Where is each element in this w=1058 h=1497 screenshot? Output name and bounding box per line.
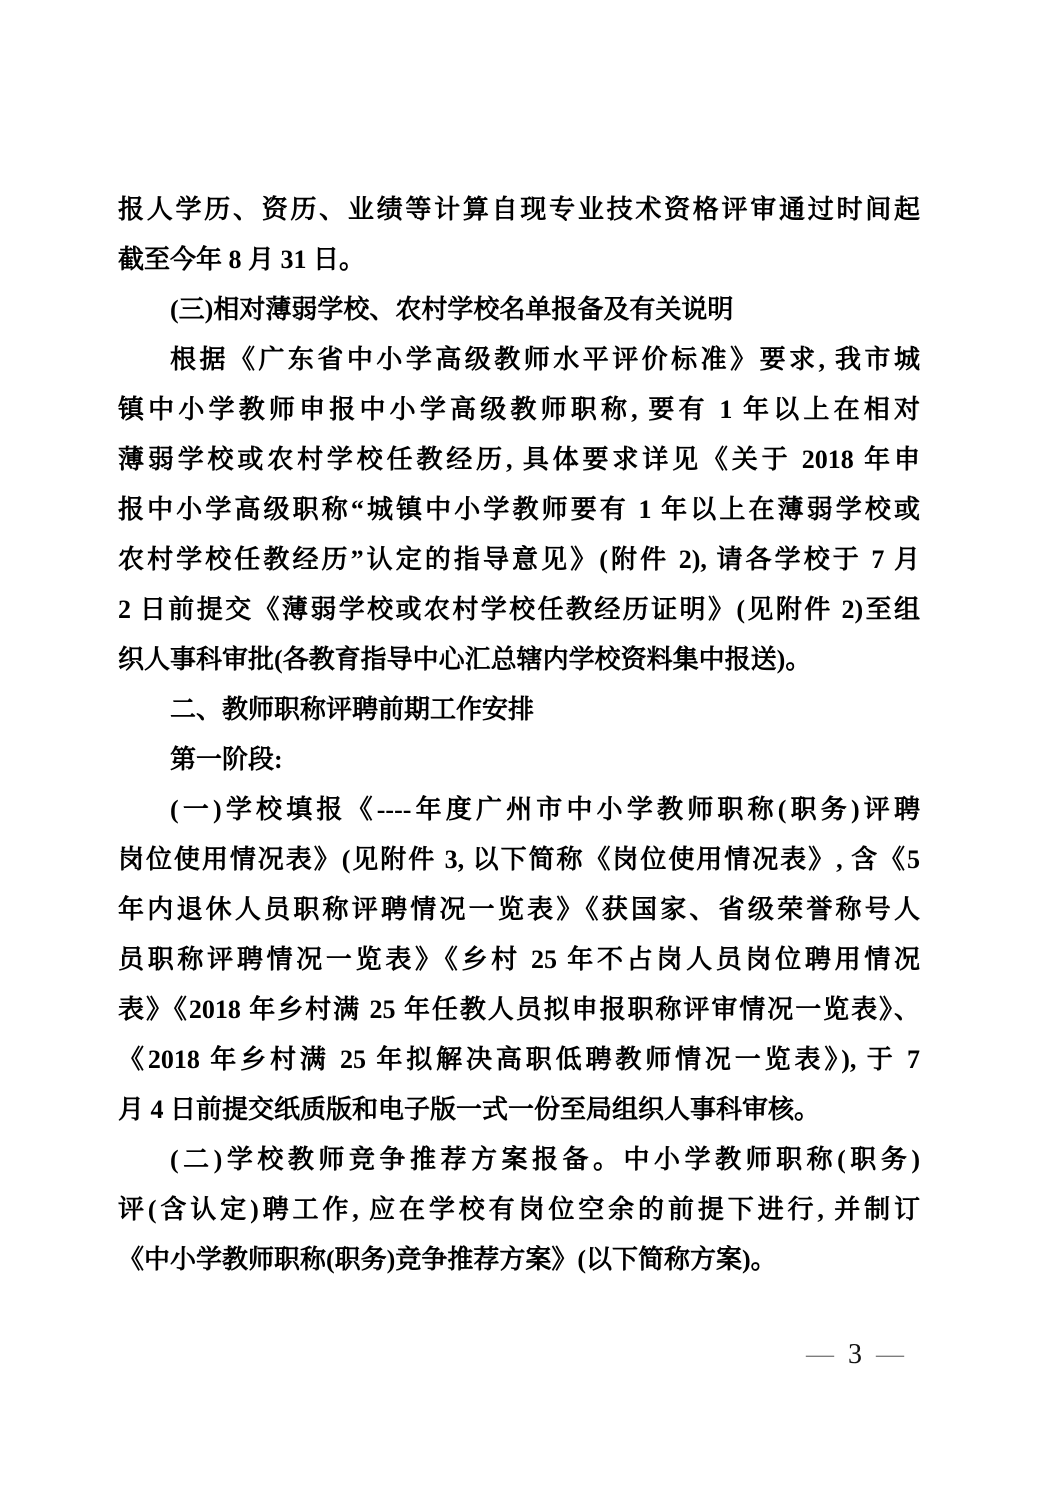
text-line: 表》《2018 年乡村满 25 年任教人员拟申报职称评审情况一览表》、 [118,985,920,1035]
text-line: 岗位使用情况表》(见附件 3, 以下简称《岗位使用情况表》, 含《5 [118,835,920,885]
text-line: 根据《广东省中小学高级教师水平评价标准》要求, 我市城 [118,335,920,385]
text-line: 《中小学教师职称(职务)竞争推荐方案》(以下简称方案)。 [118,1235,920,1285]
text-line: 月 4 日前提交纸质版和电子版一式一份至局组织人事科审核。 [118,1085,920,1135]
text-line: (二)学校教师竞争推荐方案报备。中小学教师职称(职务) [118,1135,920,1185]
text-line: 织人事科审批(各教育指导中心汇总辖内学校资料集中报送)。 [118,635,920,685]
text-line: 第一阶段: [118,735,920,785]
text-line: 《2018 年乡村满 25 年拟解决高职低聘教师情况一览表》), 于 7 [118,1035,920,1085]
text-line: 镇中小学教师申报中小学高级教师职称, 要有 1 年以上在相对 [118,385,920,435]
text-line: 评(含认定)聘工作, 应在学校有岗位空余的前提下进行, 并制订 [118,1185,920,1235]
document-text-block: 报人学历、资历、业绩等计算自现专业技术资格评审通过时间起截至今年 8 月 31 … [118,185,920,1285]
footer-right-dash: — [876,1339,904,1371]
text-line: 报中小学高级职称“城镇中小学教师要有 1 年以上在薄弱学校或 [118,485,920,535]
text-line: 农村学校任教经历”认定的指导意见》(附件 2), 请各学校于 7 月 [118,535,920,585]
document-page: 报人学历、资历、业绩等计算自现专业技术资格评审通过时间起截至今年 8 月 31 … [0,0,1058,1497]
text-line: 薄弱学校或农村学校任教经历, 具体要求详见《关于 2018 年申 [118,435,920,485]
text-line: 截至今年 8 月 31 日。 [118,235,920,285]
text-line: 报人学历、资历、业绩等计算自现专业技术资格评审通过时间起 [118,185,920,235]
text-line: (一)学校填报《----年度广州市中小学教师职称(职务)评聘 [118,785,920,835]
footer-left-dash: — [806,1339,834,1371]
text-line: 员职称评聘情况一览表》《乡村 25 年不占岗人员岗位聘用情况 [118,935,920,985]
text-line: (三)相对薄弱学校、农村学校名单报备及有关说明 [118,285,920,335]
text-line: 二、教师职称评聘前期工作安排 [118,685,920,735]
page-footer: — 3 — [806,1332,904,1378]
text-line: 2 日前提交《薄弱学校或农村学校任教经历证明》(见附件 2)至组 [118,585,920,635]
text-line: 年内退休人员职称评聘情况一览表》《获国家、省级荣誉称号人 [118,885,920,935]
page-number: 3 [848,1339,862,1371]
